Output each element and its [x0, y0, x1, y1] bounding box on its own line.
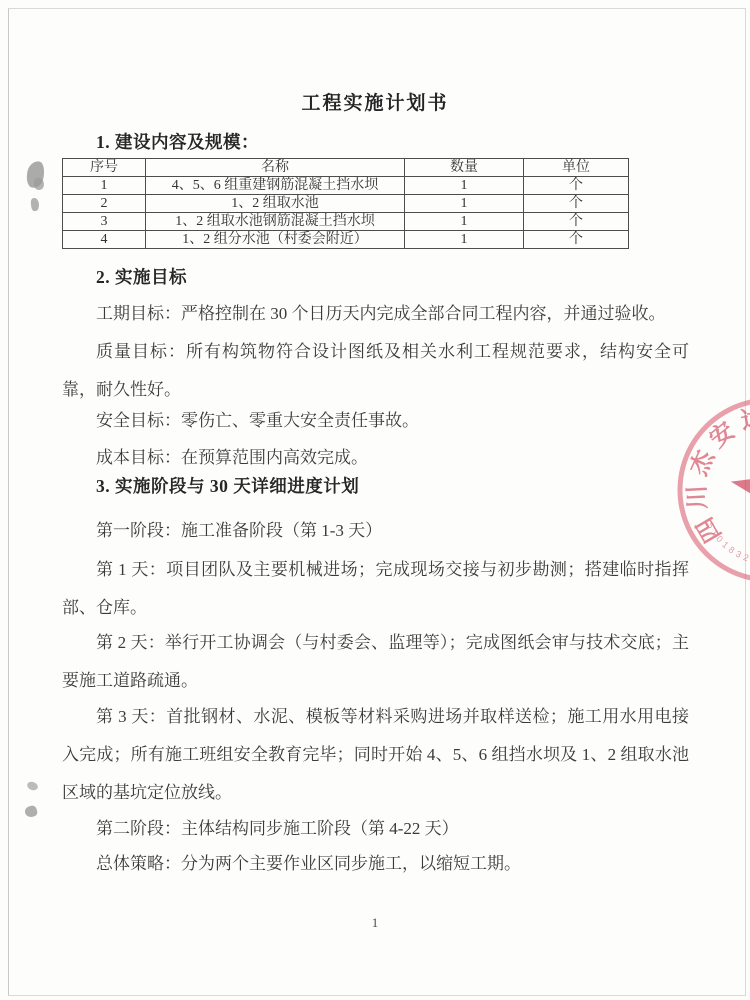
table-cell: 1、2 组取水池	[146, 195, 405, 213]
table-cell: 4	[63, 231, 146, 249]
table-header-cell: 名称	[146, 159, 405, 177]
ink-smudge	[34, 178, 44, 190]
section-1-heading: 1. 建设内容及规模：	[96, 129, 259, 154]
paragraph-cost-goal: 成本目标：在预算范围内高效完成。	[62, 439, 689, 477]
ink-smudge	[26, 780, 39, 791]
section-3-heading: 3. 实施阶段与 30 天详细进度计划	[96, 473, 359, 498]
table-row: 2 1、2 组取水池 1 个	[63, 195, 629, 213]
table-header-cell: 序号	[63, 159, 146, 177]
document-title: 工程实施计划书	[0, 88, 750, 115]
star-icon	[728, 446, 750, 526]
table-cell: 1	[405, 177, 524, 195]
table-cell: 1	[405, 213, 524, 231]
table-cell: 1、2 组分水池（村委会附近）	[146, 231, 405, 249]
section-2-heading: 2. 实施目标	[96, 264, 187, 289]
paragraph-safety-goal: 安全目标：零伤亡、零重大安全责任事故。	[62, 402, 689, 440]
table-row: 3 1、2 组取水池钢筋混凝土挡水坝 1 个	[63, 213, 629, 231]
paragraph-schedule-goal: 工期目标：严格控制在 30 个日历天内完成全部合同工程内容，并通过验收。	[62, 295, 689, 333]
paragraph-phase-1: 第一阶段：施工准备阶段（第 1-3 天）	[62, 512, 689, 550]
table-cell: 个	[524, 213, 629, 231]
table-cell: 个	[524, 195, 629, 213]
page-number: 1	[0, 915, 750, 931]
paragraph-overall-strategy: 总体策略：分为两个主要作业区同步施工，以缩短工期。	[62, 845, 689, 883]
table-cell: 个	[524, 231, 629, 249]
paragraph-quality-goal: 质量目标：所有构筑物符合设计图纸及相关水利工程规范要求，结构安全可靠，耐久性好。	[62, 333, 689, 409]
table-cell: 4、5、6 组重建钢筋混凝土挡水坝	[146, 177, 405, 195]
paragraph-phase-2: 第二阶段：主体结构同步施工阶段（第 4-22 天）	[62, 810, 689, 848]
table-header-cell: 数量	[405, 159, 524, 177]
table-header-cell: 单位	[524, 159, 629, 177]
table-row: 4 1、2 组分水池（村委会附近） 1 个	[63, 231, 629, 249]
construction-scope-table: 序号 名称 数量 单位 1 4、5、6 组重建钢筋混凝土挡水坝 1 个 2 1、…	[62, 158, 629, 249]
table-header-row: 序号 名称 数量 单位	[63, 159, 629, 177]
paragraph-day-2: 第 2 天：举行开工协调会（与村委会、监理等）；完成图纸会审与技术交底；主要施工…	[62, 624, 689, 700]
table-cell: 个	[524, 177, 629, 195]
table-row: 1 4、5、6 组重建钢筋混凝土挡水坝 1 个	[63, 177, 629, 195]
paragraph-day-1: 第 1 天：项目团队及主要机械进场；完成现场交接与初步勘测；搭建临时指挥部、仓库…	[62, 551, 689, 627]
table-cell: 2	[63, 195, 146, 213]
document-page: 工程实施计划书 1. 建设内容及规模： 序号 名称 数量 单位 1 4、5、6 …	[0, 0, 750, 1000]
table-cell: 1	[405, 231, 524, 249]
table-cell: 1	[63, 177, 146, 195]
seal-serial-text: 51018320196	[705, 514, 750, 574]
table-cell: 1	[405, 195, 524, 213]
ink-smudge	[30, 198, 40, 212]
table-cell: 1、2 组取水池钢筋混凝土挡水坝	[146, 213, 405, 231]
paragraph-day-3: 第 3 天：首批钢材、水泥、模板等材料采购进场并取样送检；施工用水用电接入完成；…	[62, 698, 689, 812]
table-cell: 3	[63, 213, 146, 231]
ink-smudge	[24, 805, 38, 819]
